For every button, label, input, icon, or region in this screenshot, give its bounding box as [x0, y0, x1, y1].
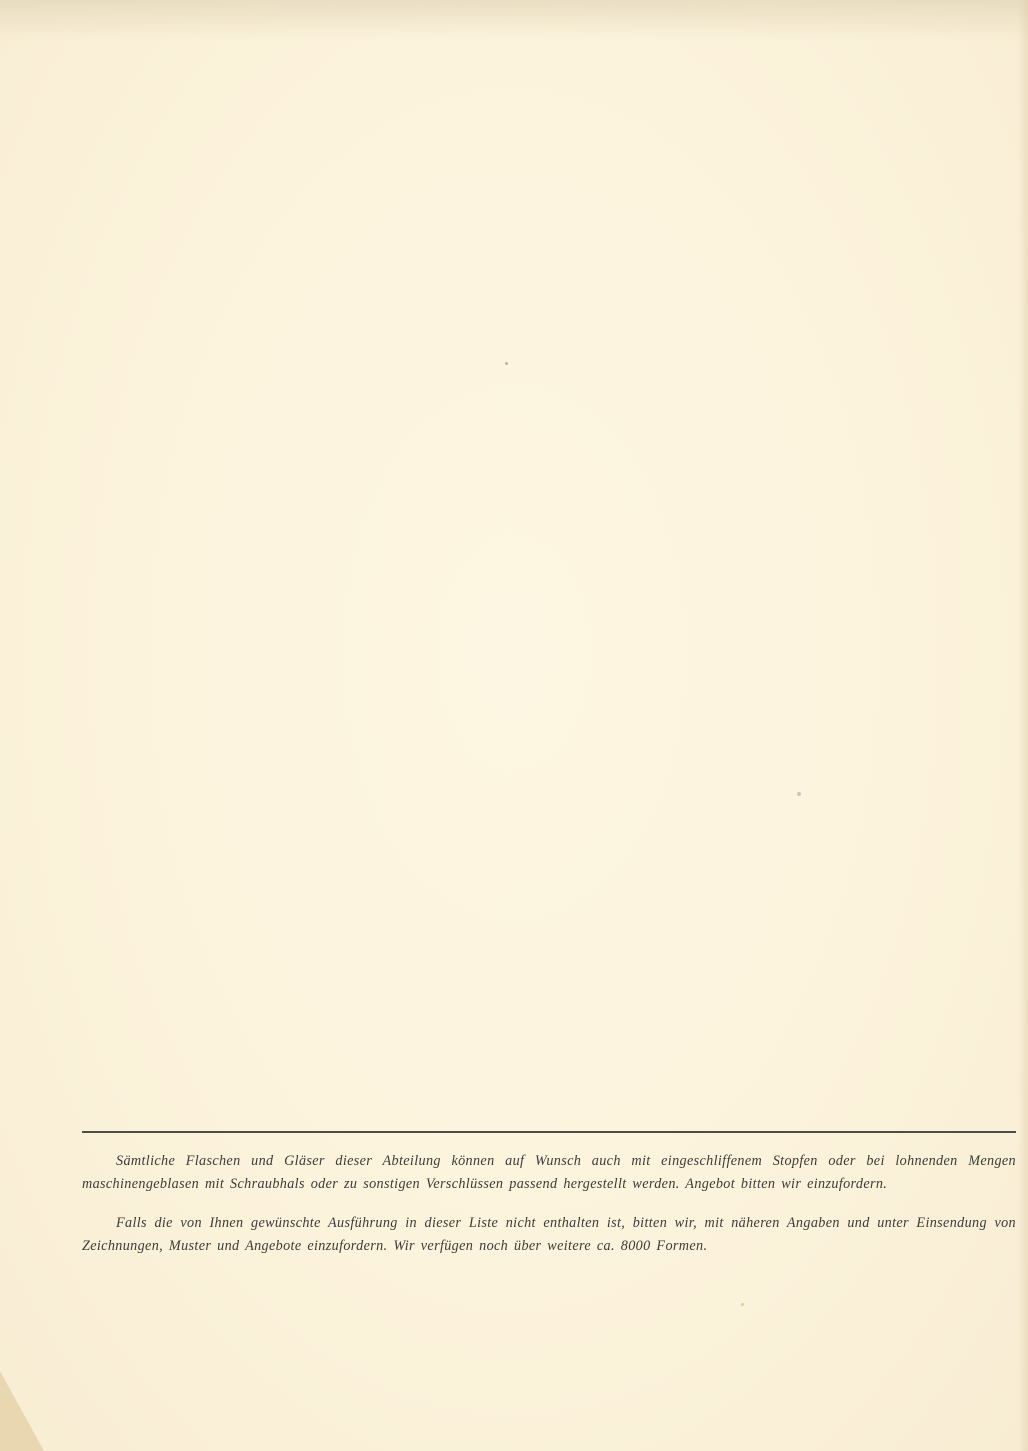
footnote-text: Sämtliche Flaschen und Gläser dieser Abt… [82, 1150, 1016, 1274]
paper-speck [797, 792, 801, 796]
paper-speck [741, 1303, 744, 1306]
horizontal-rule [82, 1131, 1016, 1133]
scanned-page: Sämtliche Flaschen und Gläser dieser Abt… [0, 0, 1028, 1451]
paper-speck [505, 362, 508, 365]
paragraph-stopper-note: Sämtliche Flaschen und Gläser dieser Abt… [82, 1150, 1016, 1196]
paragraph-custom-order-note: Falls die von Ihnen gewünschte Ausführun… [82, 1212, 1016, 1258]
folded-corner [0, 1371, 44, 1451]
